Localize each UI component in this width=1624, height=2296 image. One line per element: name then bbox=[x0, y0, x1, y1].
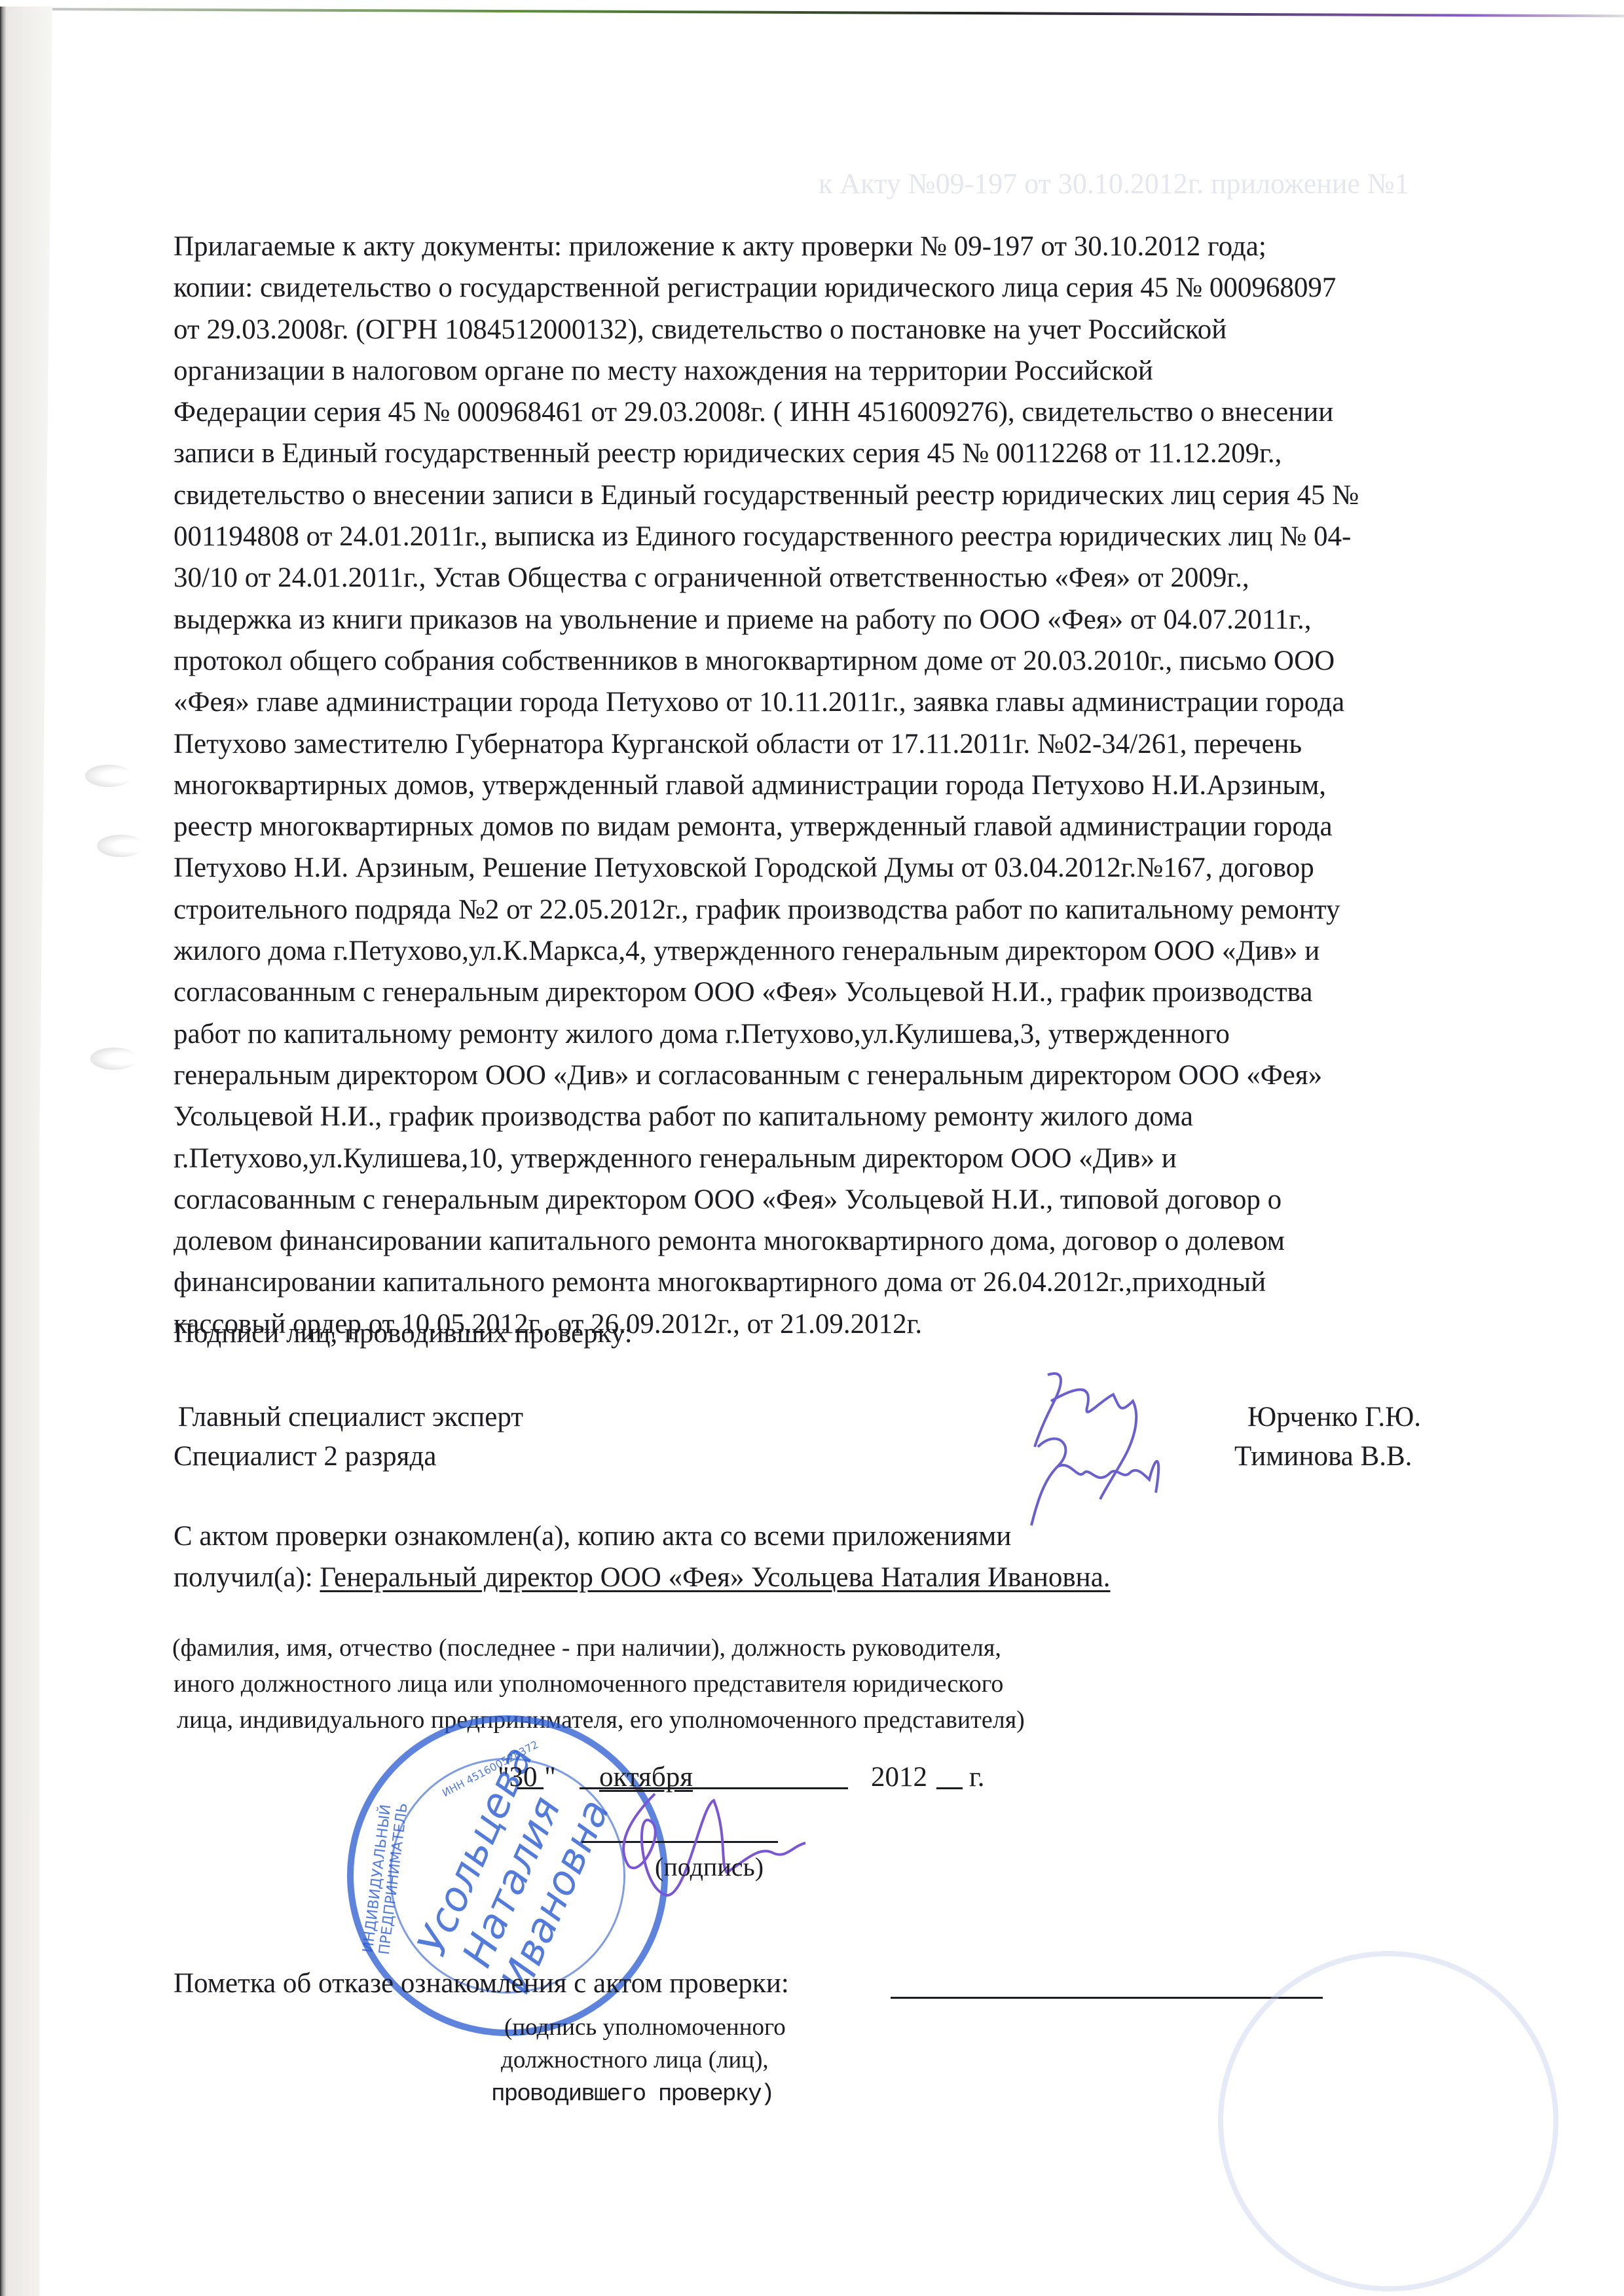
date-suffix: г. bbox=[969, 1761, 985, 1793]
body-line: Прилагаемые к акту документы: приложение… bbox=[174, 226, 1568, 267]
body-line: Петухово заместителю Губернатора Курганс… bbox=[174, 723, 1568, 765]
body-line: 30/10 от 24.01.2011г., Устав Общества с … bbox=[174, 557, 1568, 598]
scan-paper-fold bbox=[26, 7, 52, 2296]
signatures-heading: Подписи лиц, проводивших проверку: bbox=[174, 1317, 633, 1349]
body-line: копии: свидетельство о государственной р… bbox=[174, 267, 1568, 308]
bleed-through-text: к Акту №09-197 от 30.10.2012г. приложени… bbox=[819, 167, 1409, 200]
refusal-caption-line: (подпись уполномоченного bbox=[504, 2010, 786, 2045]
body-line: строительного подряда №2 от 22.05.2012г.… bbox=[174, 889, 1568, 930]
body-line: организации в налоговом органе по месту … bbox=[174, 350, 1568, 392]
inspector-position: Главный специалист эксперт bbox=[178, 1401, 523, 1433]
body-line: Усольцевой Н.И., график производства раб… bbox=[174, 1096, 1568, 1137]
inspector-position: Специалист 2 разряда bbox=[174, 1440, 436, 1472]
body-line: согласованным с генеральным директором О… bbox=[174, 1179, 1568, 1220]
acknowledgement-line: С актом проверки ознакомлен(а), копию ак… bbox=[174, 1520, 1568, 1552]
recipient-caption-line: (фамилия, имя, отчество (последнее - при… bbox=[172, 1630, 1001, 1666]
body-line: Федерации серия 45 № 000968461 от 29.03.… bbox=[174, 392, 1568, 433]
date-year-underline bbox=[936, 1787, 963, 1789]
punch-hole bbox=[90, 1048, 138, 1070]
recipient-caption-line: иного должностного лица или уполномоченн… bbox=[174, 1666, 1003, 1702]
body-line: финансировании капитального ремонта мног… bbox=[174, 1262, 1568, 1303]
body-line: долевом финансировании капитального ремо… bbox=[174, 1220, 1568, 1262]
body-line: реестр многоквартирных домов по видам ре… bbox=[174, 806, 1568, 847]
recipient-name: Генеральный директор ООО «Фея» Усольцева… bbox=[320, 1562, 1110, 1593]
bleed-through-stamp bbox=[1218, 1951, 1559, 2291]
recipient-signature bbox=[576, 1781, 812, 1912]
body-line: «Фея» главе администрации города Петухов… bbox=[174, 682, 1568, 723]
attached-documents-paragraph: Прилагаемые к акту документы: приложение… bbox=[174, 226, 1568, 1345]
body-line: свидетельство о внесении записи в Единый… bbox=[174, 475, 1568, 516]
body-line: генеральным директором ООО «Див» и согла… bbox=[174, 1055, 1568, 1096]
body-line: от 29.03.2008г. (ОГРН 1084512000132), св… bbox=[174, 309, 1568, 350]
acknowledgement-recipient-line: получил(а): Генеральный директор ООО «Фе… bbox=[174, 1561, 1111, 1594]
body-line: протокол общего собрания собственников в… bbox=[174, 640, 1568, 682]
body-line: жилого дома г.Петухово,ул.К.Маркса,4, ут… bbox=[174, 930, 1568, 972]
punch-hole bbox=[85, 765, 132, 787]
body-line: многоквартирных домов, утвержденный глав… bbox=[174, 765, 1568, 806]
refusal-caption-line: должностного лица (лиц), bbox=[501, 2043, 769, 2078]
signature-caption: (подпись) bbox=[655, 1850, 764, 1885]
body-line: выдержка из книги приказов на увольнение… bbox=[174, 599, 1568, 640]
punch-hole bbox=[97, 835, 144, 857]
refusal-label: Пометка об отказе ознакомления с актом п… bbox=[174, 1967, 789, 1999]
acknowledgement-prefix: получил(а): bbox=[174, 1562, 320, 1593]
body-line: согласованным с генеральным директором О… bbox=[174, 972, 1568, 1013]
inspector-name: Тиминова В.В. bbox=[1234, 1440, 1412, 1472]
date-day-underline bbox=[517, 1787, 544, 1789]
inspector-name: Юрченко Г.Ю. bbox=[1247, 1401, 1421, 1433]
body-line: записи в Единый государственный реестр ю… bbox=[174, 433, 1568, 474]
body-line: Петухово Н.И. Арзиным, Решение Петуховск… bbox=[174, 847, 1568, 888]
date-year: 2012 bbox=[871, 1761, 927, 1793]
scan-top-margin bbox=[0, 0, 1624, 8]
body-line: работ по капитальному ремонту жилого дом… bbox=[174, 1013, 1568, 1055]
refusal-signature-line[interactable] bbox=[891, 1997, 1323, 1999]
document-page: Прилагаемые к акту документы: приложение… bbox=[174, 226, 1568, 1345]
scan-top-edge-line bbox=[52, 8, 1624, 17]
body-line: г.Петухово,ул.Кулишева,10, утвержденного… bbox=[174, 1138, 1568, 1179]
inspector-signature-timinova bbox=[1012, 1427, 1182, 1532]
body-line: 001194808 от 24.01.2011г., выписка из Ед… bbox=[174, 516, 1568, 557]
refusal-caption-line: проводившего проверку) bbox=[491, 2077, 773, 2112]
